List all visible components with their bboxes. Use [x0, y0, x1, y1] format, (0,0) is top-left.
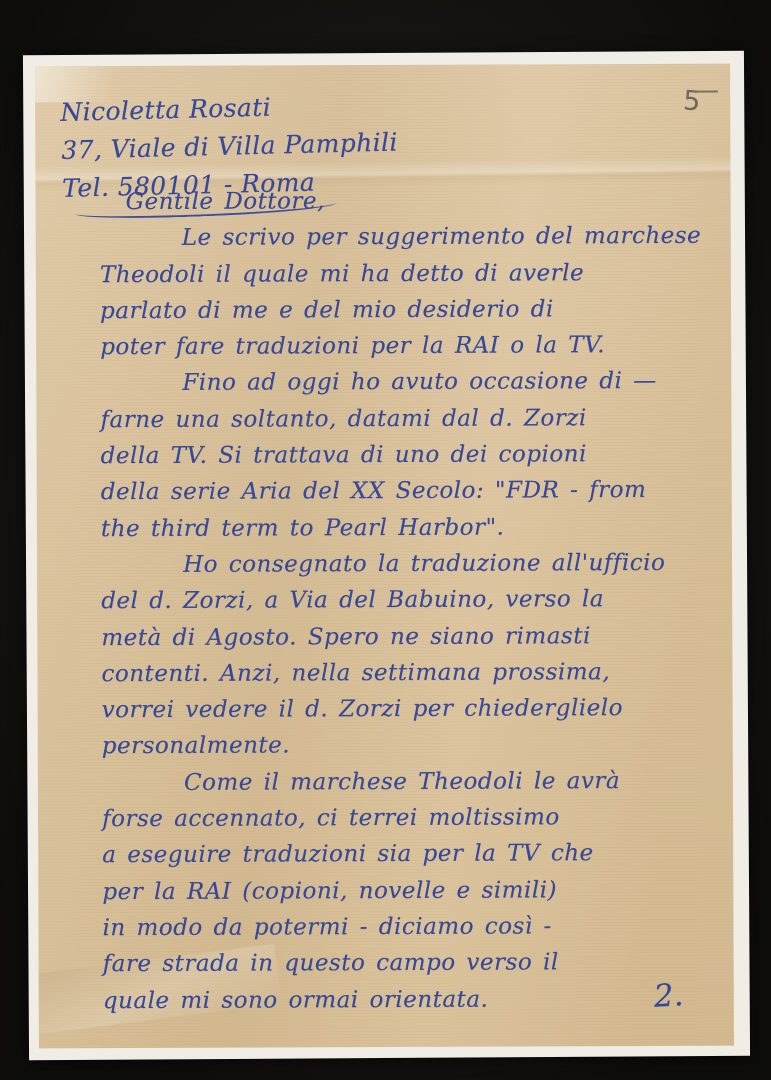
- letter-line: Ho consegnato la traduzione all'ufficio: [101, 545, 716, 584]
- letter-line: del d. Zorzi, a Via del Babuino, verso l…: [101, 581, 716, 620]
- scan-background: 5 Nicoletta Rosati37, Viale di Villa Pam…: [0, 0, 771, 1080]
- letter-line: Come il marchese Theodoli le avrà: [102, 762, 717, 801]
- letter-line: poter fare traduzioni per la RAI o la TV…: [100, 327, 715, 366]
- letter-body: Gentile Dottore,Le scrivo per suggerimen…: [100, 182, 718, 1019]
- letter-line: parlato di me e del mio desiderio di: [100, 291, 715, 330]
- letter-page: 5 Nicoletta Rosati37, Viale di Villa Pam…: [35, 64, 734, 1049]
- letter-line: della serie Aria del XX Secolo: "FDR - f…: [101, 472, 716, 511]
- letter-line: contenti. Anzi, nella settimana prossima…: [101, 654, 716, 693]
- letter-line: per la RAI (copioni, novelle e simili): [102, 871, 717, 910]
- letter-line: fare strada in questo campo verso il: [103, 944, 718, 983]
- letter-line: Le scrivo per suggerimento del marchese: [100, 218, 715, 257]
- letter-line: forse accennato, ci terrei moltissimo: [102, 799, 717, 838]
- letter-line: personalmente.: [102, 726, 717, 765]
- letter-line: metà di Agosto. Spero ne siano rimasti: [101, 617, 716, 656]
- letter-line: della TV. Si trattava di uno dei copioni: [101, 436, 716, 475]
- letter-line: Gentile Dottore,: [100, 182, 715, 221]
- page-turn-mark: 2.: [653, 977, 685, 1015]
- backing-sheet: 5 Nicoletta Rosati37, Viale di Villa Pam…: [23, 51, 750, 1060]
- letter-line: Fino ad oggi ho avuto occasione di —: [100, 363, 715, 402]
- page-number-pencil: 5: [682, 85, 701, 117]
- letter-line: farne una soltanto, datami dal d. Zorzi: [100, 399, 715, 438]
- letter-line: Theodoli il quale mi ha detto di averle: [100, 254, 715, 293]
- letter-line: a eseguire traduzioni sia per la TV che: [102, 835, 717, 874]
- letter-line: quale mi sono ormai orientata.: [103, 980, 718, 1019]
- letter-line: vorrei vedere il d. Zorzi per chiedergli…: [102, 690, 717, 729]
- letter-line: the third term to Pearl Harbor".: [101, 508, 716, 547]
- letter-line: in modo da potermi - diciamo così -: [102, 908, 717, 947]
